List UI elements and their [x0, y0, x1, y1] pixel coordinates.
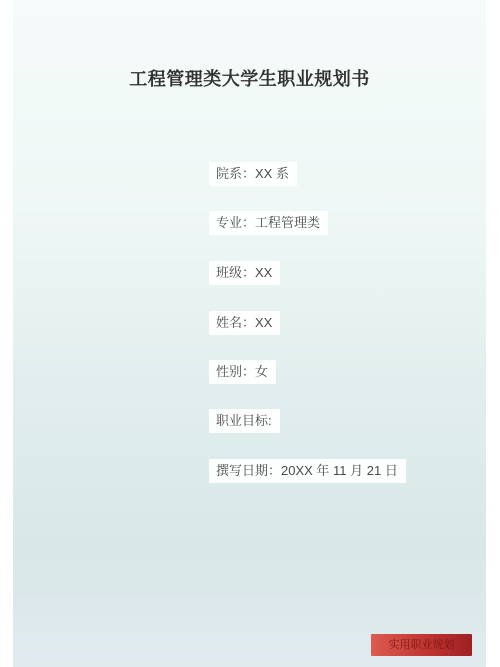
- field-line-class: 班级：XX: [209, 261, 280, 285]
- field-line-department: 院系：XX 系: [209, 162, 297, 186]
- watermark-badge: 实用职业规划: [371, 634, 472, 656]
- field-line-career-goal: 职业目标:: [209, 409, 280, 433]
- field-line-name: 姓名：XX: [209, 311, 280, 335]
- page-title: 工程管理类大学生职业规划书: [13, 65, 486, 91]
- field-line-date: 撰写日期：20XX 年 11 月 21 日: [209, 459, 406, 483]
- field-line-major: 专业：工程管理类: [209, 211, 328, 235]
- page-background: 工程管理类大学生职业规划书 院系：XX 系 专业：工程管理类 班级：XX 姓名：…: [13, 0, 486, 667]
- document-canvas: 工程管理类大学生职业规划书 院系：XX 系 专业：工程管理类 班级：XX 姓名：…: [0, 0, 500, 667]
- field-line-gender: 性别：女: [209, 360, 276, 384]
